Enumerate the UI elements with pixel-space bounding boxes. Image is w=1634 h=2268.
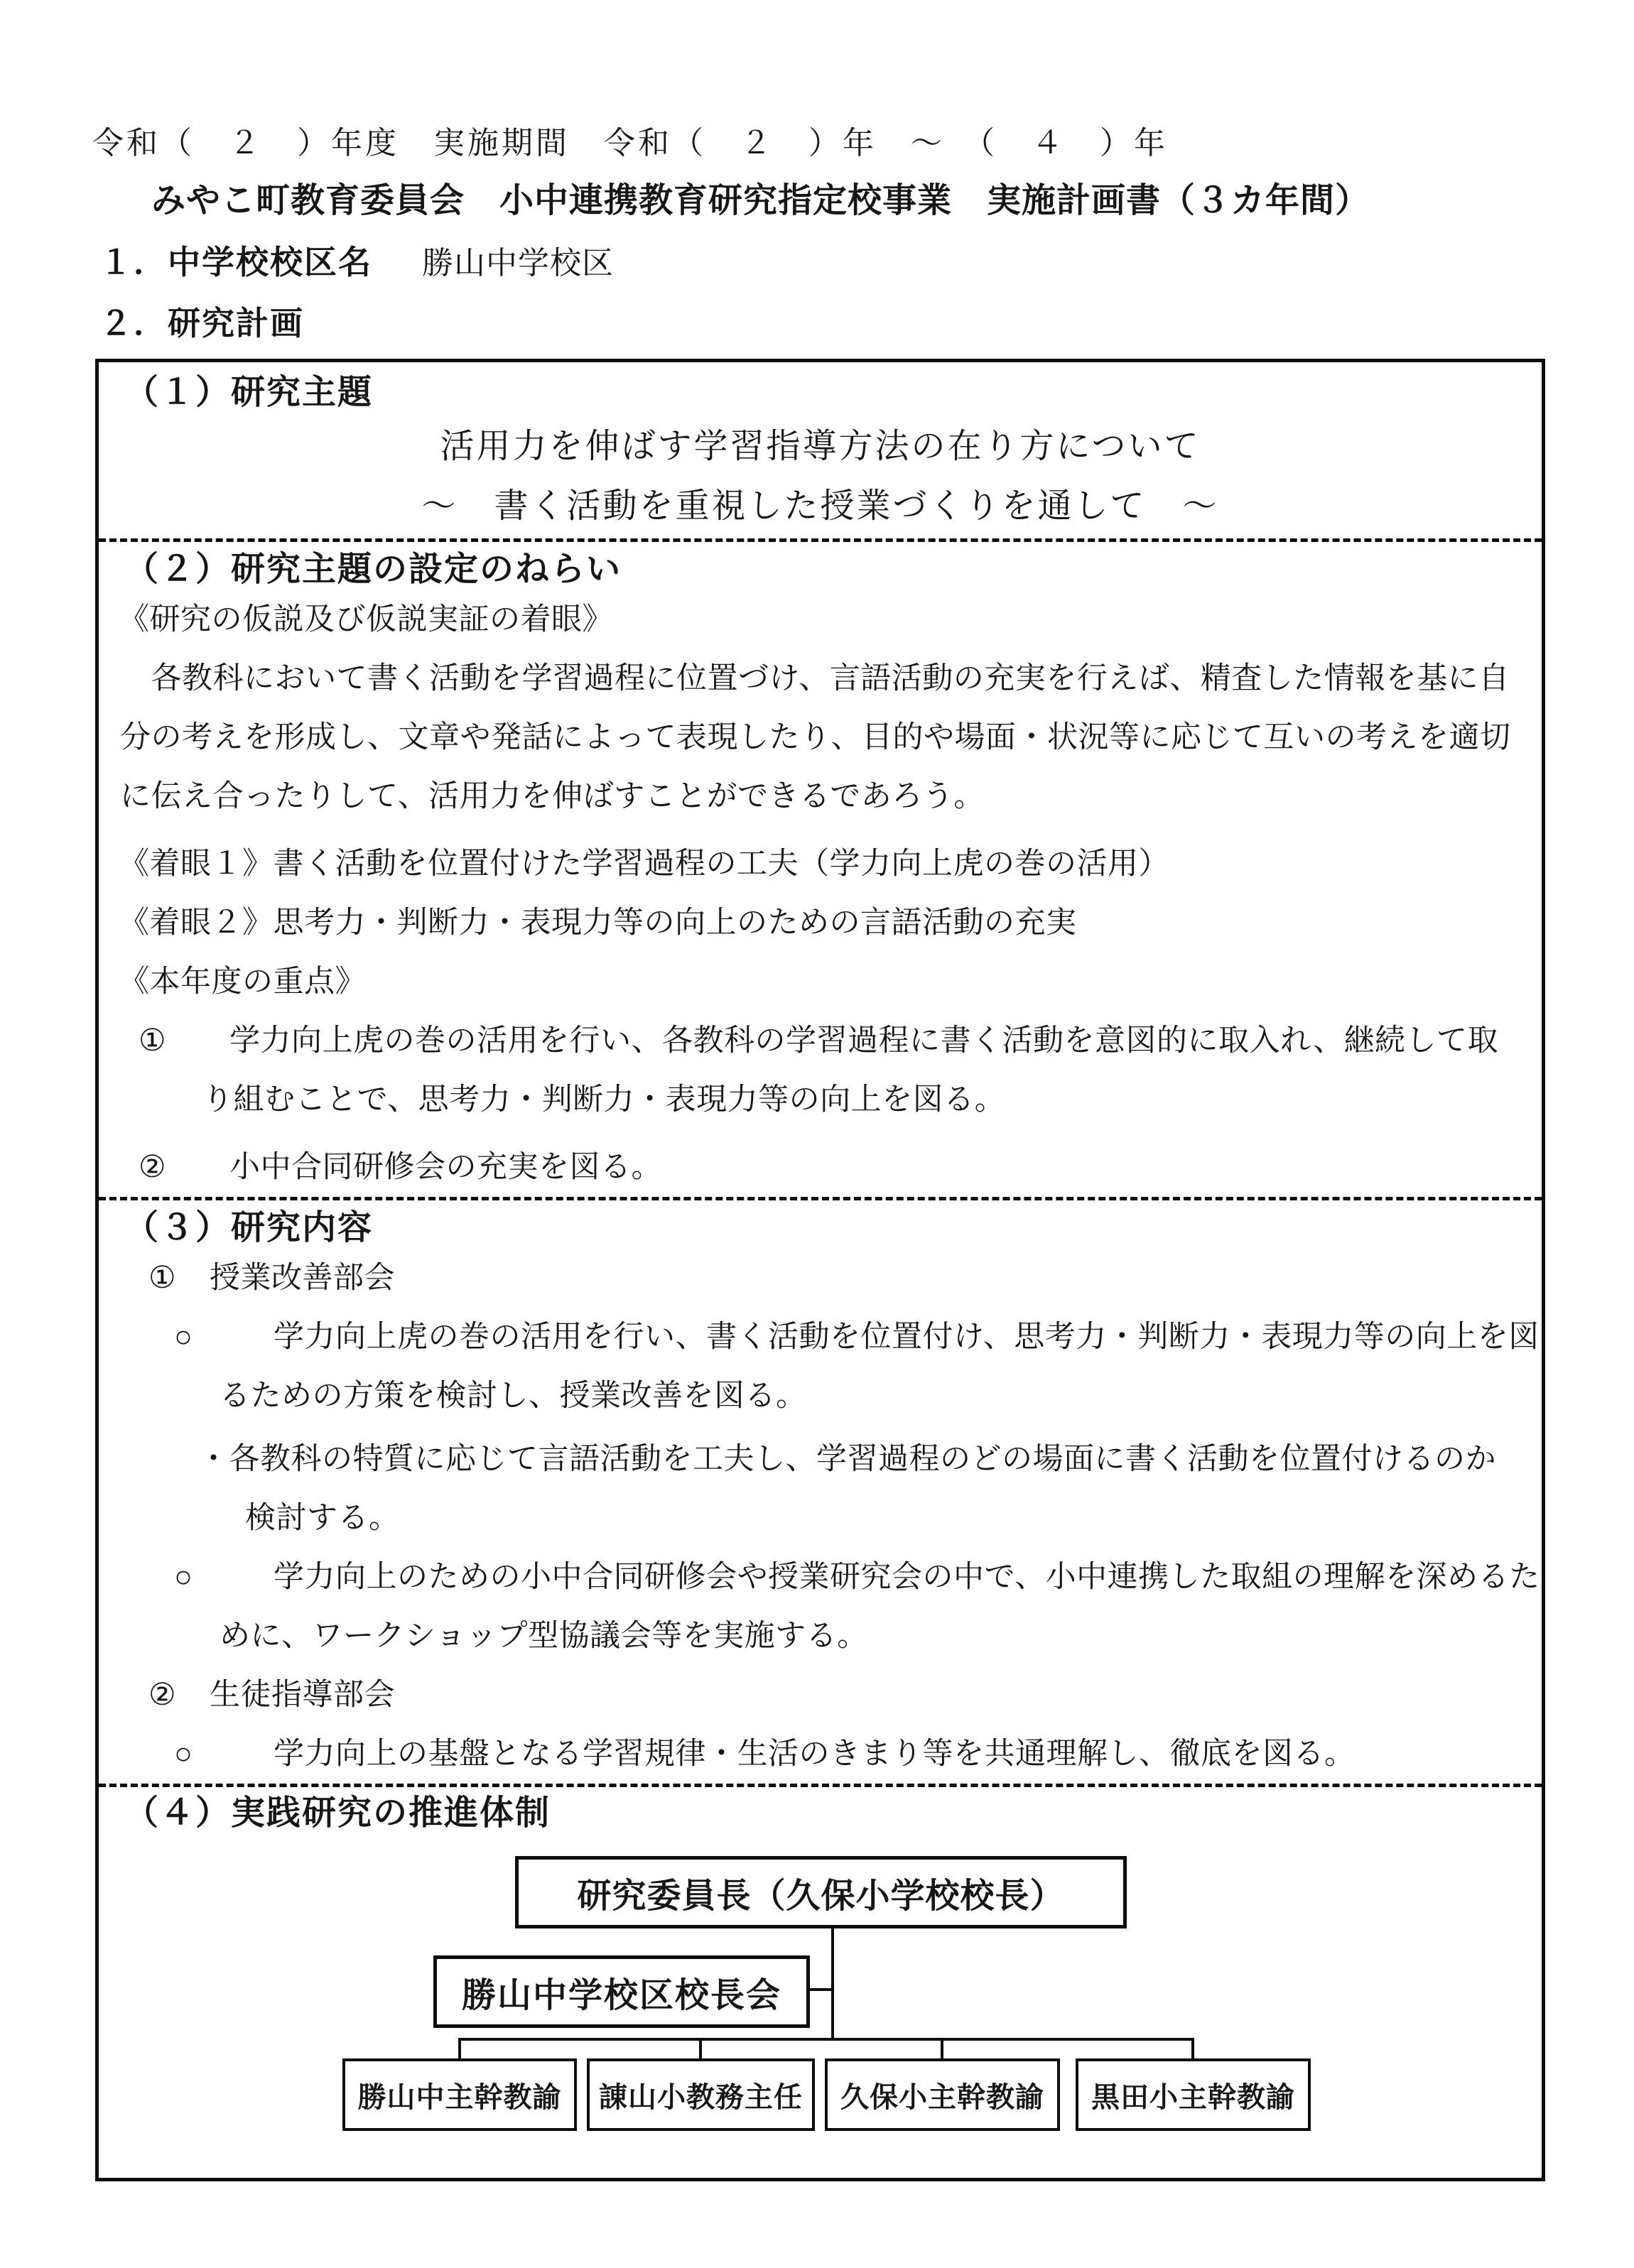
org-chart-vertical-line (831, 1927, 834, 2041)
section-4-heading: （４）実践研究の推進体制 (99, 1793, 1542, 1834)
school-district-label: １．中学校校区名 (99, 244, 372, 281)
research-plan-label: ２．研究計画 (99, 303, 304, 344)
focus-point-1: 《着眼１》書く活動を位置付けた学習過程の工夫（学力向上虎の巻の活用） (99, 835, 1542, 894)
subcommittee-2-row: ② 生徒指導部会 (99, 1666, 1542, 1725)
school-district-value: 勝山中学校区 (422, 246, 614, 281)
org-chart-member-box: 久保小主幹教諭 (825, 2058, 1060, 2131)
org-chart-branch-line (458, 2038, 1194, 2041)
content-item-1-text: 学力向上虎の巻の活用を行い、書く活動を位置付け、思考力・判断力・表現力等の向上を… (274, 1308, 1540, 1367)
dotted-divider (99, 1784, 1542, 1787)
dotted-divider (99, 538, 1542, 542)
org-chart-member-box: 諌山小教務主任 (587, 2058, 815, 2131)
hypothesis-paragraph-line-1: 各教科において書く活動を学習過程に位置づけ、言語活動の充実を行えば、精査した情報… (99, 649, 1542, 708)
content-item-2-line-1: ○ 学力向上のための小中合同研修会や授業研究会の中で、小中連携した取組の理解を深… (99, 1548, 1542, 1607)
subcommittee-1-title: 授業改善部会 (210, 1249, 395, 1308)
research-theme-line-2: ～ 書く活動を重視した授業づくりを通して ～ (99, 484, 1542, 528)
content-item-2-text: 学力向上のための小中合同研修会や授業研究会の中で、小中連携した取組の理解を深める… (274, 1548, 1540, 1607)
hypothesis-paragraph-line-3: に伝え合ったりして、活用力を伸ばすことができるであろう。 (99, 767, 1542, 826)
priority-item-2: ② 小中合同研修会の充実を図る。 (99, 1138, 1542, 1197)
content-item-3-text: 学力向上の基盤となる学習規律・生活のきまり等を共通理解し、徹底を図る。 (274, 1725, 1356, 1784)
priority-label: 《本年度の重点》 (99, 953, 1542, 1011)
section-1-heading: （１）研究主題 (99, 372, 1542, 413)
content-note-line-1: ・各教科の特質に応じて言語活動を工夫し、学習過程のどの場面に書く活動を位置付ける… (99, 1430, 1542, 1489)
section-2-heading: （２）研究主題の設定のねらい (99, 549, 1542, 590)
content-item-1-line-2: るための方策を検討し、授業改善を図る。 (99, 1367, 1542, 1426)
document-title: みやこ町教育委員会 小中連携教育研究指定校事業 実施計画書（３カ年間） (151, 179, 1370, 223)
hypothesis-label: 《研究の仮説及び仮説実証の着眼》 (99, 590, 1542, 649)
priority-item-1-line-1: ① 学力向上虎の巻の活用を行い、各教科の学習過程に書く活動を意図的に取入れ、継続… (99, 1011, 1542, 1070)
dotted-divider (99, 1197, 1542, 1200)
content-item-3: ○ 学力向上の基盤となる学習規律・生活のきまり等を共通理解し、徹底を図る。 (99, 1725, 1542, 1784)
priority-item-2-text: 小中合同研修会の充実を図る。 (229, 1138, 662, 1197)
circle-bullet-marker: ○ (174, 1725, 274, 1784)
org-chart-member-box: 勝山中主幹教諭 (342, 2058, 577, 2131)
circled-1-marker: ① (148, 1249, 210, 1308)
content-item-1-line-1: ○ 学力向上虎の巻の活用を行い、書く活動を位置付け、思考力・判断力・表現力等の向… (99, 1308, 1542, 1367)
content-item-2-line-2: めに、ワークショップ型協議会等を実施する。 (99, 1607, 1542, 1666)
research-plan-box: （１）研究主題 活用力を伸ばす学習指導方法の在り方について ～ 書く活動を重視し… (95, 359, 1545, 2181)
fiscal-year-period-line: 令和（ ２ ）年度 実施期間 令和（ ２ ）年 ～ （ ４ ）年 (92, 122, 1168, 165)
circled-2-marker: ② (148, 1666, 210, 1725)
hypothesis-paragraph-line-2: 分の考えを形成し、文章や発話によって表現したり、目的や場面・状況等に応じて互いの… (99, 708, 1542, 767)
org-chart-chair-box: 研究委員長（久保小学校校長） (515, 1856, 1127, 1928)
circle-bullet-marker: ○ (174, 1308, 274, 1367)
priority-item-1-line-2: り組むことで、思考力・判断力・表現力等の向上を図る。 (99, 1070, 1542, 1129)
circled-2-marker: ② (139, 1138, 229, 1197)
subcommittee-1-row: ① 授業改善部会 (99, 1249, 1542, 1308)
school-district-row: １．中学校校区名勝山中学校区 (99, 242, 614, 284)
priority-item-1-text: 学力向上虎の巻の活用を行い、各教科の学習過程に書く活動を意図的に取入れ、継続して… (229, 1011, 1498, 1070)
org-chart-council-box: 勝山中学校区校長会 (433, 1955, 810, 2028)
organization-chart: 研究委員長（久保小学校校長） 勝山中学校区校長会 勝山中主幹教諭 諌山小教務主任… (99, 1840, 1542, 2179)
circle-bullet-marker: ○ (174, 1548, 274, 1607)
circled-1-marker: ① (139, 1011, 229, 1070)
document-page: 令和（ ２ ）年度 実施期間 令和（ ２ ）年 ～ （ ４ ）年 みやこ町教育委… (0, 0, 1634, 2268)
org-chart-member-box: 黒田小主幹教諭 (1076, 2058, 1311, 2131)
org-chart-council-link-line (810, 1988, 834, 1991)
section-3-heading: （３）研究内容 (99, 1208, 1542, 1249)
content-note-line-2: 検討する。 (99, 1489, 1542, 1548)
focus-point-2: 《着眼２》思考力・判断力・表現力等の向上のための言語活動の充実 (99, 894, 1542, 953)
research-theme-line-1: 活用力を伸ばす学習指導方法の在り方について (99, 425, 1542, 469)
subcommittee-2-title: 生徒指導部会 (210, 1666, 395, 1725)
